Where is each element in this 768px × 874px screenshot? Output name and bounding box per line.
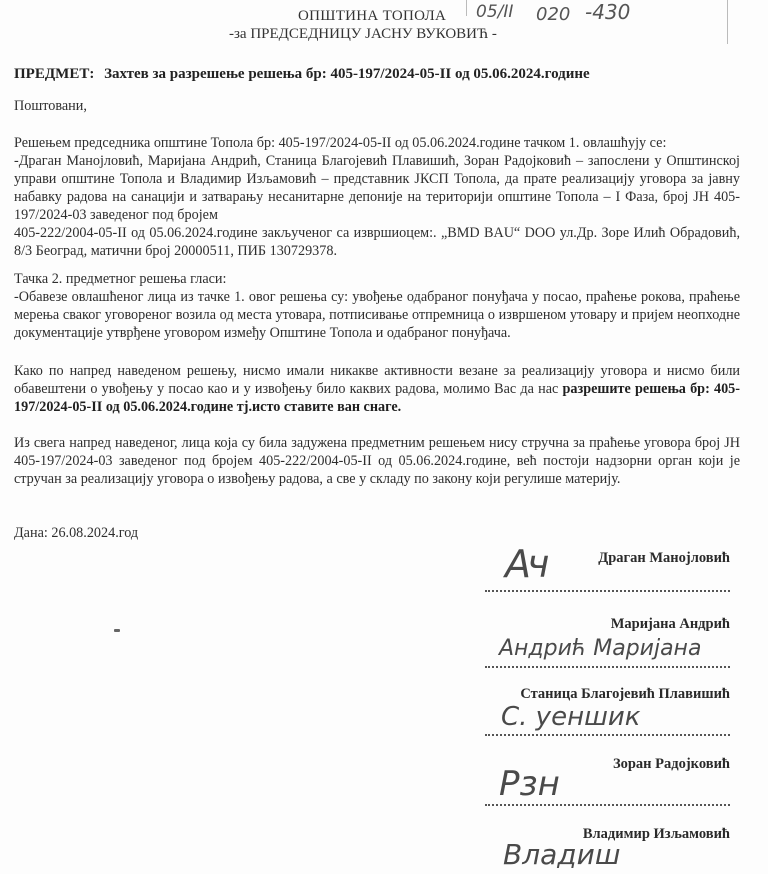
- signature-scrawl-1: Ач: [505, 542, 545, 586]
- signature-block-3: Станица Благојевић Плавишић С. уеншик: [485, 686, 730, 746]
- signature-line-2: [485, 666, 730, 668]
- signature-block-2: Маријана Андрић Андрић Маријана: [485, 616, 730, 676]
- signature-scrawl-3: С. уеншик: [501, 702, 640, 732]
- paragraph-authorization-intro: Решењем председника општине Топола бр: 4…: [14, 135, 666, 151]
- greeting: Поштовани,: [14, 97, 740, 115]
- signature-block-4: Зоран Радојковић Рзн: [485, 756, 730, 816]
- stamp-border-left: [466, 0, 467, 16]
- handwritten-registry-3: -430: [585, 0, 630, 24]
- signature-block-1: Ач Драган Манојловић: [485, 540, 730, 596]
- paragraph-request: Како по напред наведеном решењу, нисмо и…: [14, 362, 740, 416]
- paragraph-point-two: Тачка 2. предметног решења гласи: -Обаве…: [14, 270, 740, 342]
- signature-scrawl-4: Рзн: [499, 764, 560, 804]
- handwritten-registry-2: 020: [536, 4, 570, 25]
- signatory-name-3: Станица Благојевић Плавишић: [520, 686, 730, 703]
- signatory-name-2: Маријана Андрић: [611, 616, 730, 633]
- signature-scrawl-2: Андрић Маријана: [499, 636, 701, 661]
- header-addressee: -за ПРЕДСЕДНИЦУ ЈАСНУ ВУКОВИЋ -: [229, 26, 497, 43]
- stamp-border-right: [727, 0, 728, 44]
- signature-block-5: Владимир Изљамовић Владиш: [485, 826, 730, 874]
- paragraph-authorization-persons: -Драган Манојловић, Маријана Андрић, Ста…: [14, 153, 740, 223]
- subject-label: ПРЕДМЕТ:: [14, 66, 94, 82]
- handwritten-registry-1: 05/II: [476, 2, 513, 22]
- signatory-name-4: Зоран Радојковић: [613, 756, 730, 773]
- document-page: ОПШТИНА ТОПОЛА -за ПРЕДСЕДНИЦУ ЈАСНУ ВУК…: [0, 0, 768, 874]
- paragraph-conclusion: Из свега напред наведеног, лица која су …: [14, 434, 740, 488]
- paragraph-point-two-duties: -Обавезе овлашћеног лица из тачке 1. ово…: [14, 289, 740, 341]
- subject-text: Захтев за разрешење решења бр: 405-197/2…: [104, 66, 590, 82]
- paragraph-point-two-intro: Тачка 2. предметног решења гласи:: [14, 271, 226, 287]
- subject-line: ПРЕДМЕТ: Захтев за разрешење решења бр: …: [14, 66, 590, 83]
- signature-line-4: [485, 804, 730, 806]
- paragraph-authorization-contract: 405-222/2004-05-II од 05.06.2024.године …: [14, 225, 740, 259]
- signatory-name-1: Драган Манојловић: [598, 550, 730, 567]
- scan-speck: [114, 629, 120, 632]
- signature-scrawl-5: Владиш: [503, 838, 620, 871]
- signature-line-3: [485, 734, 730, 736]
- signature-line-1: [485, 590, 730, 592]
- paragraph-authorization: Решењем председника општине Топола бр: 4…: [14, 134, 740, 260]
- header-municipality: ОПШТИНА ТОПОЛА: [298, 8, 446, 25]
